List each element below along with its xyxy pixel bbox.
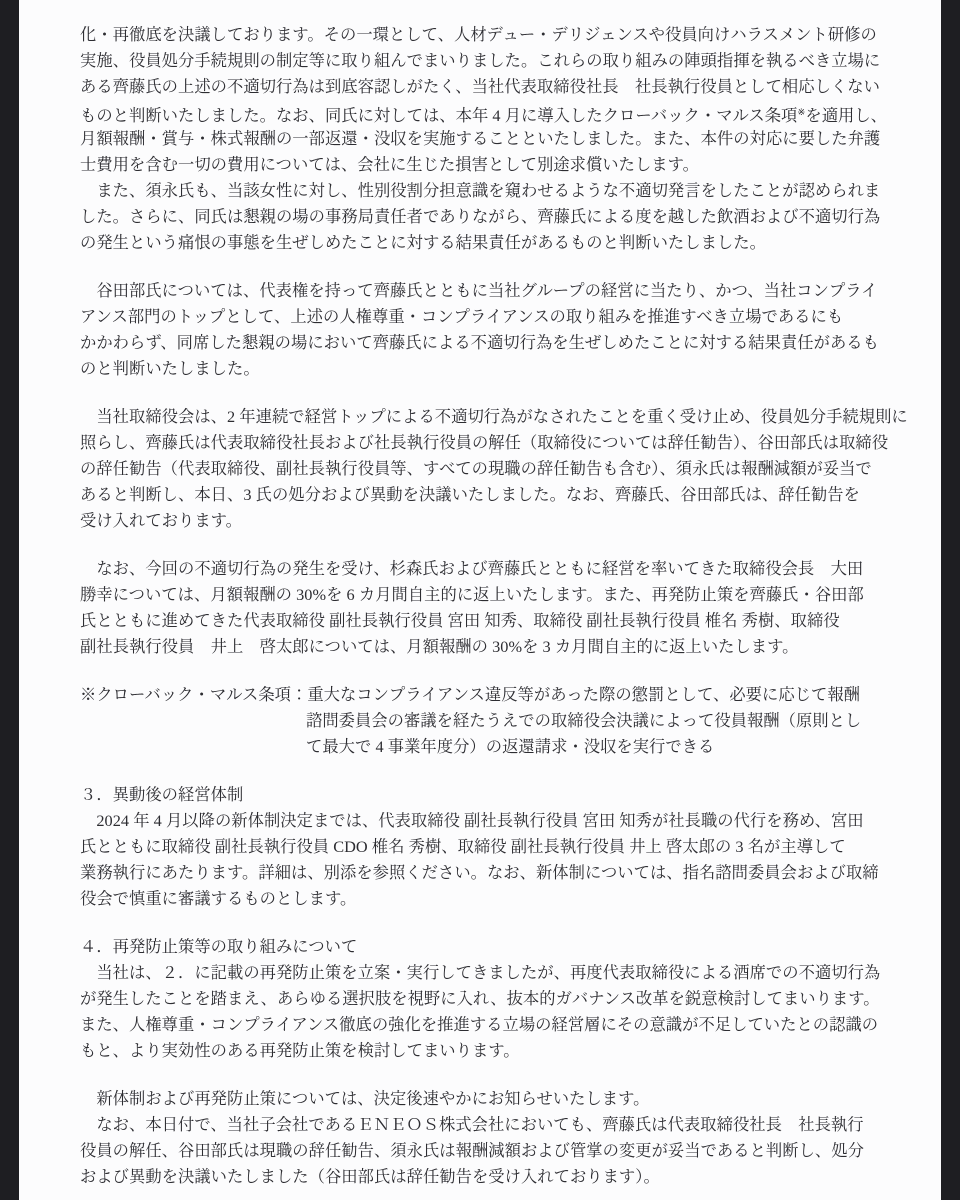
- section-block: ３．異動後の経営体制 2024 年 4 月以降の新体制決定までは、代表取締役 副…: [80, 782, 882, 912]
- document-content: 化・再徹底を決議しております。その一環として、人材デュー・デリジェンスや役員向け…: [19, 0, 941, 1190]
- text-line: もと、より実効性のある再発防止策を検討してまいります。: [80, 1038, 882, 1064]
- text-line: の発生という痛恨の事態を生ぜしめたことに対する結果責任があるものと判断いたしまし…: [80, 230, 882, 256]
- text-line: 2024 年 4 月以降の新体制決定までは、代表取締役 副社長執行役員 宮田 知…: [80, 808, 882, 834]
- text-line: ものと判断いたしました。なお、同氏に対しては、本年 4 月に導入したクローバック…: [80, 100, 882, 126]
- text-line: 実施、役員処分手続規則の制定等に取り組んでまいりました。これらの取り組みの陣頭指…: [80, 48, 882, 74]
- document-page: 化・再徹底を決議しております。その一環として、人材デュー・デリジェンスや役員向け…: [19, 0, 941, 1200]
- text-line: 業務執行にあたります。詳細は、別添を参照ください。なお、新体制については、指名諮…: [80, 860, 882, 886]
- paragraph-block: 化・再徹底を決議しております。その一環として、人材デュー・デリジェンスや役員向け…: [80, 22, 882, 256]
- text-line: 受け入れております。: [80, 508, 882, 534]
- text-line: 化・再徹底を決議しております。その一環として、人材デュー・デリジェンスや役員向け…: [80, 22, 882, 48]
- paragraph-block: 当社取締役会は、2 年連続で経営トップによる不適切行為がなされたことを重く受け止…: [80, 404, 882, 534]
- text-line: 当社は、２．に記載の再発防止策を立案・実行してきましたが、再度代表取締役による酒…: [80, 960, 882, 986]
- text-line: て最大で 4 事業年度分）の返還請求・没収を実行できる: [80, 734, 882, 760]
- text-line: 諮問委員会の審議を経たうえでの取締役会決議によって役員報酬（原則とし: [80, 708, 882, 734]
- text-line: が発生したことを踏まえ、あらゆる選択肢を視野に入れ、抜本的ガバナンス改革を鋭意検…: [80, 986, 882, 1012]
- footnote-block: ※クローバック・マルス条項：重大なコンプライアンス違反等があった際の懲罰として、…: [80, 682, 882, 760]
- text-segment: ものと判断いたしました。なお、同氏に対しては、本年 4 月に導入したクローバック…: [80, 106, 797, 125]
- text-line: 谷田部氏については、代表権を持って齊藤氏とともに当社グループの経営に当たり、かつ…: [80, 278, 882, 304]
- text-line: 氏とともに進めてきた代表取締役 副社長執行役員 宮田 知秀、取締役 副社長執行役…: [80, 608, 882, 634]
- text-line: ある齊藤氏の上述の不適切行為は到底容認しがたく、当社代表取締役社長 社長執行役員…: [80, 74, 882, 100]
- text-line: かかわらず、同席した懇親の場において齊藤氏による不適切行為を生ぜしめたことに対す…: [80, 330, 882, 356]
- section-heading: ３．異動後の経営体制: [80, 782, 882, 808]
- text-line: なお、今回の不適切行為の発生を受け、杉森氏および齊藤氏とともに経営を率いてきた取…: [80, 556, 882, 582]
- text-line: 照らし、齊藤氏は代表取締役社長および社長執行役員の解任（取締役については辞任勧告…: [80, 430, 882, 456]
- section-heading: ４．再発防止策等の取り組みについて: [80, 934, 882, 960]
- text-line: の辞任勧告（代表取締役、副社長執行役員等、すべての現職の辞任勧告も含む）、須永氏…: [80, 456, 882, 482]
- text-line: 月額報酬・賞与・株式報酬の一部返還・没収を実施することといたしました。また、本件…: [80, 126, 882, 152]
- left-dark-band: [0, 0, 19, 1200]
- text-line: アンス部門のトップとして、上述の人権尊重・コンプライアンスの取り組みを推進すべき…: [80, 304, 882, 330]
- text-line: および異動を決議いたしました（谷田部氏は辞任勧告を受け入れております）。: [80, 1164, 882, 1190]
- text-line: 士費用を含む一切の費用については、会社に生じた損害として別途求償いたします。: [80, 152, 882, 178]
- text-line: なお、本日付で、当社子会社であるＥＮＥＯＳ株式会社においても、齊藤氏は代表取締役…: [80, 1112, 882, 1138]
- text-line: 新体制および再発防止策については、決定後速やかにお知らせいたします。: [80, 1086, 882, 1112]
- paragraph-block: なお、今回の不適切行為の発生を受け、杉森氏および齊藤氏とともに経営を率いてきた取…: [80, 556, 882, 660]
- text-line: 氏とともに取締役 副社長執行役員 CDO 椎名 秀樹、取締役 副社長執行役員 井…: [80, 834, 882, 860]
- screenshot-root: 化・再徹底を決議しております。その一環として、人材デュー・デリジェンスや役員向け…: [0, 0, 960, 1200]
- text-line: 勝幸については、月額報酬の 30%を 6 カ月間自主的に返上いたします。また、再…: [80, 582, 882, 608]
- text-line: また、人権尊重・コンプライアンス徹底の強化を推進する立場の経営層にその意識が不足…: [80, 1012, 882, 1038]
- text-line: した。さらに、同氏は懇親の場の事務局責任者でありながら、齊藤氏による度を越した飲…: [80, 204, 882, 230]
- text-line: 役員の解任、谷田部氏は現職の辞任勧告、須永氏は報酬減額および管掌の変更が妥当であ…: [80, 1138, 882, 1164]
- text-line: ※クローバック・マルス条項：重大なコンプライアンス違反等があった際の懲罰として、…: [80, 682, 882, 708]
- paragraph-block: 新体制および再発防止策については、決定後速やかにお知らせいたします。 なお、本日…: [80, 1086, 882, 1190]
- text-segment: を適用し、: [805, 106, 887, 125]
- text-line: 副社長執行役員 井上 啓太郎については、月額報酬の 30%を 3 カ月間自主的に…: [80, 634, 882, 660]
- text-line: のと判断いたしました。: [80, 356, 882, 382]
- text-line: 役会で慎重に審議するものとします。: [80, 886, 882, 912]
- text-line: 当社取締役会は、2 年連続で経営トップによる不適切行為がなされたことを重く受け止…: [80, 404, 882, 430]
- text-line: また、須永氏も、当該女性に対し、性別役割分担意識を窺わせるような不適切発言をした…: [80, 178, 882, 204]
- right-dark-band: [941, 0, 960, 1200]
- text-line: あると判断し、本日、3 氏の処分および異動を決議いたしました。なお、齊藤氏、谷田…: [80, 482, 882, 508]
- paragraph-block: 谷田部氏については、代表権を持って齊藤氏とともに当社グループの経営に当たり、かつ…: [80, 278, 882, 382]
- section-block: ４．再発防止策等の取り組みについて 当社は、２．に記載の再発防止策を立案・実行し…: [80, 934, 882, 1064]
